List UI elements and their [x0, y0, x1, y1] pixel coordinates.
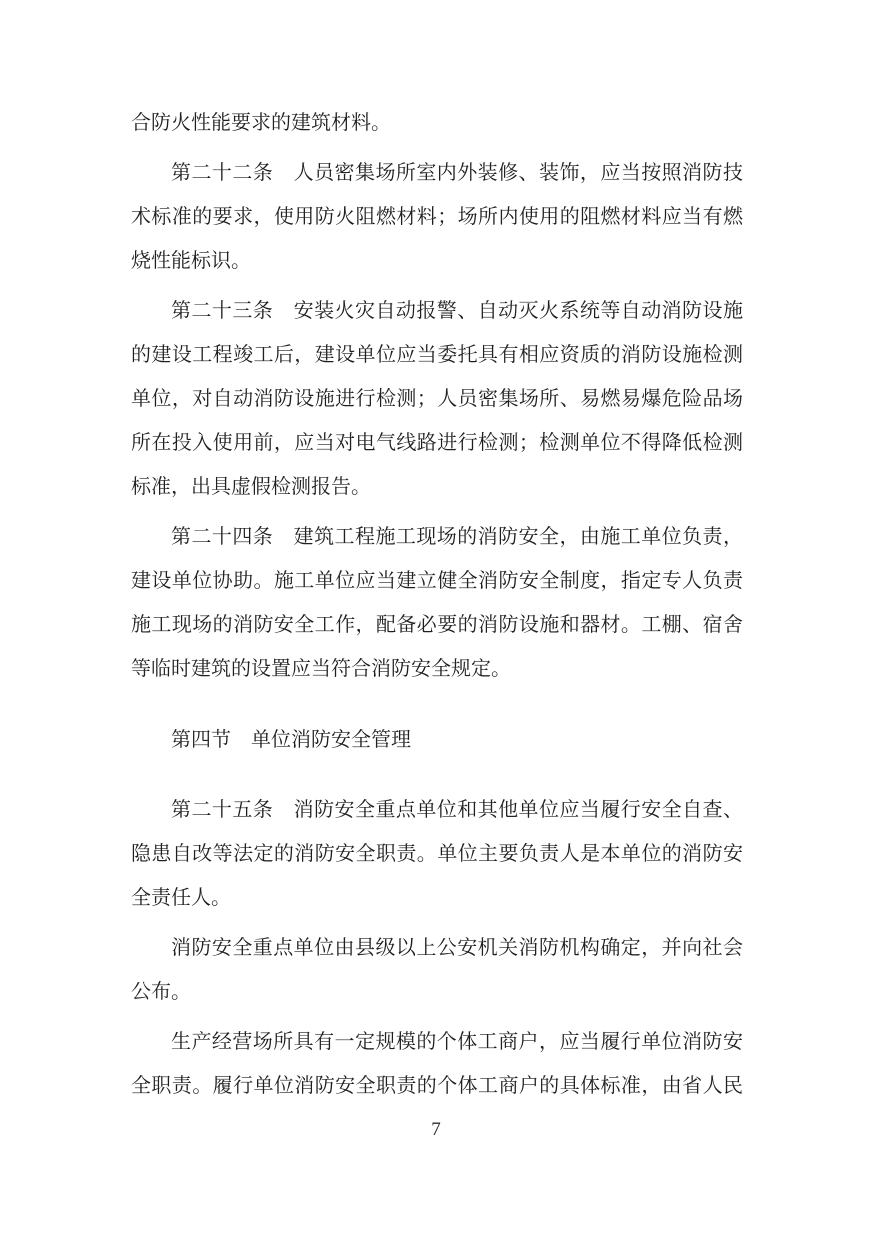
- text-line: 生产经营场所具有一定规模的个体工商户，应当履行单位消防安: [131, 1020, 743, 1064]
- page-number-value: 7: [431, 1119, 441, 1140]
- text-line: 标准，出具虚假检测报告。: [131, 465, 743, 509]
- body-paragraph: 第二十二条 人员密集场所室内外装修、装饰，应当按照消防技术标准的要求，使用防火阻…: [131, 151, 743, 283]
- text-line: 公布。: [131, 970, 743, 1014]
- text-line: 第二十二条 人员密集场所室内外装修、装饰，应当按照消防技: [131, 151, 743, 195]
- body-paragraph: 第二十五条 消防安全重点单位和其他单位应当履行安全自查、隐患自改等法定的消防安全…: [131, 788, 743, 920]
- text-line: 单位，对自动消防设施进行检测；人员密集场所、易燃易爆危险品场: [131, 377, 743, 421]
- text-block: 合防火性能要求的建筑材料。第二十二条 人员密集场所室内外装修、装饰，应当按照消防…: [131, 0, 743, 1114]
- body-paragraph: 消防安全重点单位由县级以上公安机关消防机构确定，并向社会公布。: [131, 926, 743, 1014]
- text-line: 隐患自改等法定的消防安全职责。单位主要负责人是本单位的消防安: [131, 832, 743, 876]
- section-heading: 第四节 单位消防安全管理: [131, 718, 743, 762]
- body-paragraph: 生产经营场所具有一定规模的个体工商户，应当履行单位消防安全职责。履行单位消防安全…: [131, 1020, 743, 1108]
- text-line: 第二十三条 安装火灾自动报警、自动灭火系统等自动消防设施: [131, 289, 743, 333]
- document-page: 合防火性能要求的建筑材料。第二十二条 人员密集场所室内外装修、装饰，应当按照消防…: [0, 0, 872, 1234]
- text-line: 的建设工程竣工后，建设单位应当委托具有相应资质的消防设施检测: [131, 333, 743, 377]
- body-paragraph: 第二十四条 建筑工程施工现场的消防安全，由施工单位负责，建设单位协助。施工单位应…: [131, 515, 743, 691]
- text-line: 术标准的要求，使用防火阻燃材料；场所内使用的阻燃材料应当有燃: [131, 195, 743, 239]
- body-paragraph: 第二十三条 安装火灾自动报警、自动灭火系统等自动消防设施的建设工程竣工后，建设单…: [131, 289, 743, 509]
- text-line: 全职责。履行单位消防安全职责的个体工商户的具体标准，由省人民: [131, 1064, 743, 1108]
- text-line: 第二十五条 消防安全重点单位和其他单位应当履行安全自查、: [131, 788, 743, 832]
- text-line: 全责任人。: [131, 876, 743, 920]
- text-line: 合防火性能要求的建筑材料。: [131, 101, 743, 145]
- text-line: 施工现场的消防安全工作，配备必要的消防设施和器材。工棚、宿舍: [131, 603, 743, 647]
- text-line: 建设单位协助。施工单位应当建立健全消防安全制度，指定专人负责: [131, 559, 743, 603]
- text-line: 第二十四条 建筑工程施工现场的消防安全，由施工单位负责，: [131, 515, 743, 559]
- text-line: 消防安全重点单位由县级以上公安机关消防机构确定，并向社会: [131, 926, 743, 970]
- text-line: 等临时建筑的设置应当符合消防安全规定。: [131, 647, 743, 691]
- page-number: 7: [0, 1118, 872, 1142]
- body-paragraph: 合防火性能要求的建筑材料。: [131, 101, 743, 145]
- text-line: 所在投入使用前，应当对电气线路进行检测；检测单位不得降低检测: [131, 421, 743, 465]
- text-line: 第四节 单位消防安全管理: [131, 718, 743, 762]
- text-line: 烧性能标识。: [131, 239, 743, 283]
